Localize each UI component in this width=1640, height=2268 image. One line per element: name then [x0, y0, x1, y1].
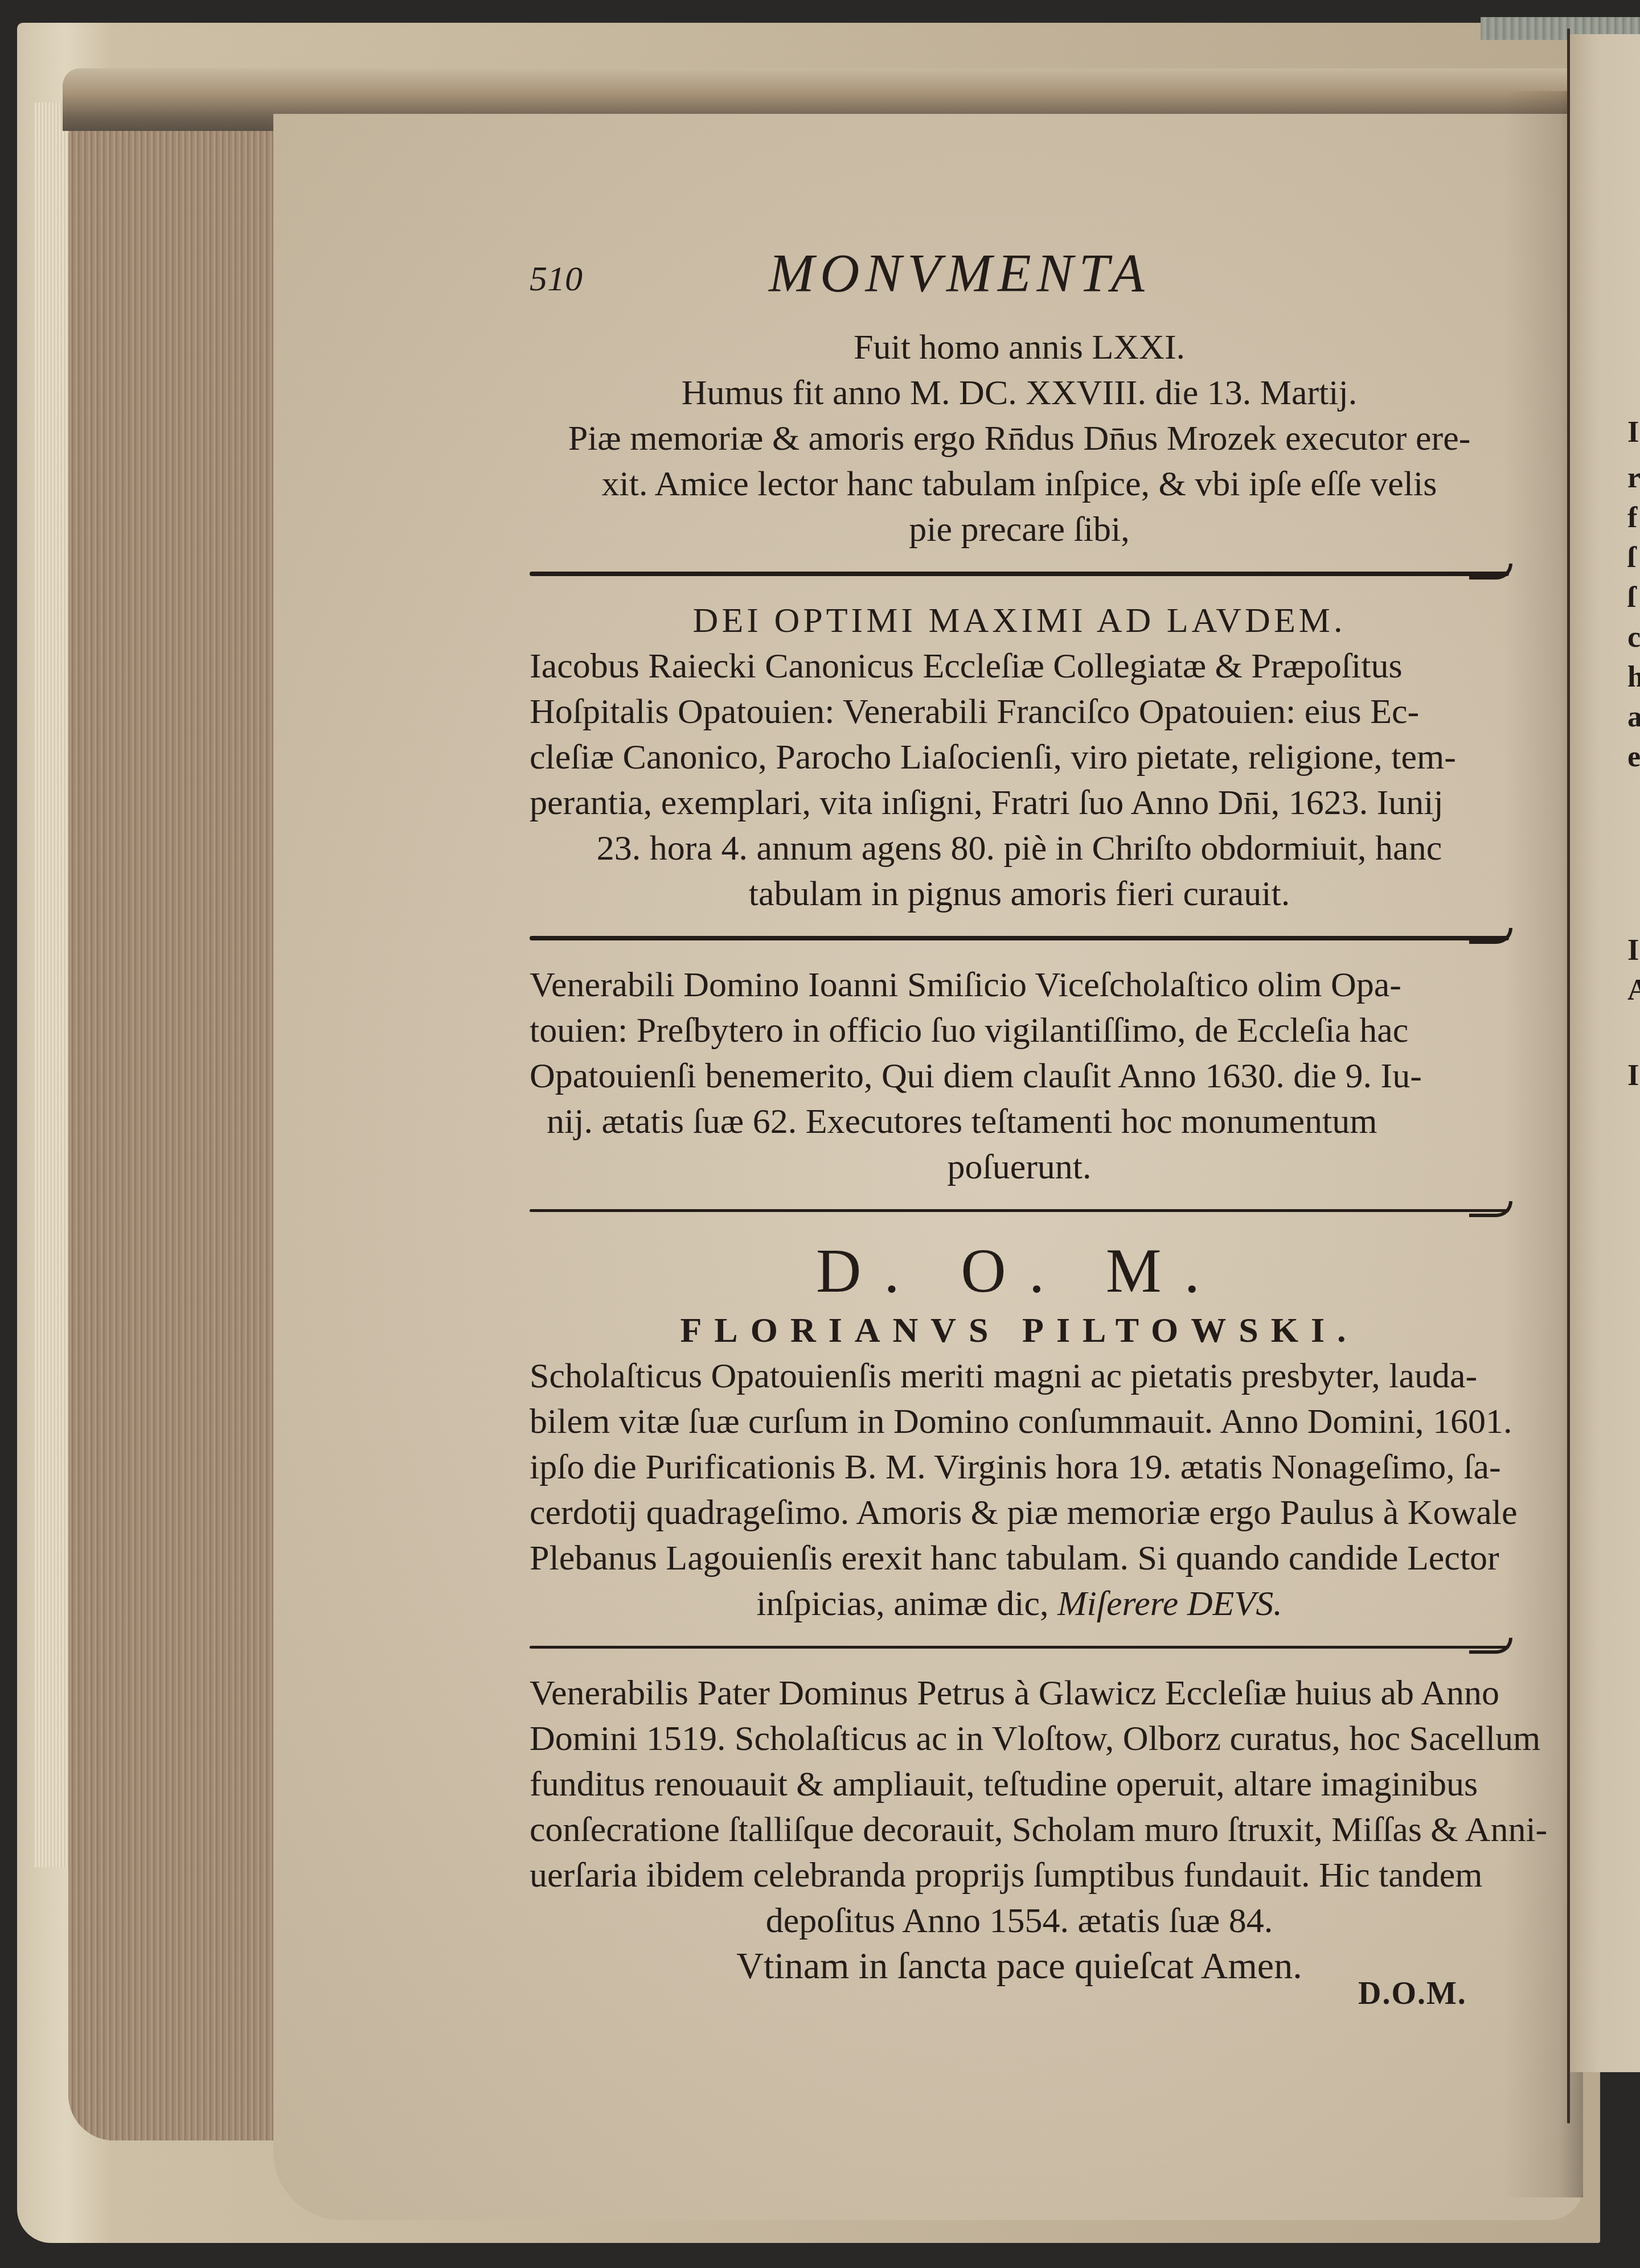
ornamental-rule — [530, 1646, 1509, 1649]
text-plain: inſpicias, animæ dic, — [756, 1584, 1057, 1623]
right-page-glyph: c — [1627, 621, 1640, 654]
text-line: cleſiæ Canonico, Parocho Liaſocienſi, vi… — [530, 734, 1509, 780]
right-page-glyph: h — [1627, 660, 1640, 694]
right-page-glyph: e — [1627, 740, 1640, 774]
right-page-glyph: A — [1627, 973, 1640, 1007]
text-line: funditus renouauit & ampliauit, teſtudin… — [530, 1761, 1509, 1807]
text-line: 23. hora 4. annum agens 80. piè in Chriſ… — [530, 825, 1509, 871]
running-head: MONVMENTA — [769, 250, 1150, 296]
epitaph-smisicio: Venerabili Domino Ioanni Smiſicio Viceſc… — [530, 962, 1509, 1190]
section-heading: FLORIANVS PILTOWSKI. — [530, 1308, 1509, 1353]
text-italic: Miſerere DEVS. — [1057, 1584, 1282, 1623]
right-page-glyph: I — [1627, 934, 1639, 967]
text-line: Humus fit anno M. DC. XXVIII. die 13. Ma… — [530, 370, 1509, 416]
text-line: touien: Preſbytero in officio ſuo vigila… — [530, 1008, 1509, 1053]
ornamental-rule — [530, 572, 1509, 576]
text-line: Plebanus Lagouienſis erexit hanc tabulam… — [530, 1535, 1509, 1581]
right-page-glyph: ſ — [1627, 581, 1635, 614]
text-line: bilem vitæ ſuæ curſum in Domino conſumma… — [530, 1399, 1509, 1444]
text-line: Venerabili Domino Ioanni Smiſicio Viceſc… — [530, 962, 1509, 1008]
catchword: D.O.M. — [1358, 1975, 1467, 2012]
page-block-fore-edge — [68, 102, 285, 2140]
text-line: tabulam in pignus amoris fieri curauit. — [530, 871, 1509, 917]
right-page-glyph: a — [1627, 700, 1640, 734]
gutter-line — [1567, 28, 1570, 2123]
ornamental-rule — [530, 1209, 1509, 1212]
right-page-glyph: f — [1627, 501, 1637, 535]
right-page-glyph: r — [1627, 461, 1640, 495]
text-line: Fuit homo annis LXXI. — [530, 324, 1509, 370]
text-line: Scholaſticus Opatouienſis meriti magni a… — [530, 1353, 1509, 1399]
text-line: uerſaria ibidem celebranda proprijs ſump… — [530, 1852, 1509, 1898]
text-line: conſecratione ſtalliſque decorauit, Scho… — [530, 1807, 1509, 1852]
epitaph-raiecki: DEI OPTIMI MAXIMI AD LAVDEM. Iacobus Rai… — [530, 598, 1509, 917]
text-line: Opatouienſi benemerito, Qui diem clauſit… — [530, 1053, 1509, 1099]
page-number: 510 — [530, 256, 583, 302]
text-line: pie precare ſibi, — [530, 507, 1509, 552]
epitaph-mrozek: Fuit homo annis LXXI. Humus fit anno M. … — [530, 324, 1509, 552]
dom-heading: D. O. M. — [530, 1234, 1509, 1308]
text-line: xit. Amice lector hanc tabulam inſpice, … — [530, 461, 1509, 507]
page-text: 510 MONVMENTA Fuit homo annis LXXI. Humu… — [530, 250, 1509, 1989]
right-page-glyph: ſ — [1627, 541, 1635, 574]
section-heading: DEI OPTIMI MAXIMI AD LAVDEM. — [530, 598, 1509, 643]
text-line: inſpicias, animæ dic, Miſerere DEVS. — [530, 1581, 1509, 1626]
text-line: poſuerunt. — [530, 1144, 1509, 1190]
text-line: perantia, exemplari, vita inſigni, Fratr… — [530, 780, 1509, 825]
right-page-edge — [1570, 34, 1640, 2072]
text-line: Domini 1519. Scholaſticus ac in Vloſtow,… — [530, 1716, 1509, 1761]
epitaph-piltowski: D. O. M. FLORIANVS PILTOWSKI. Scholaſtic… — [530, 1234, 1509, 1626]
text-line: Venerabilis Pater Dominus Petrus à Glawi… — [530, 1670, 1509, 1716]
text-line: nij. ætatis ſuæ 62. Executores teſtament… — [530, 1099, 1509, 1144]
text-line: cerdotij quadrageſimo. Amoris & piæ memo… — [530, 1490, 1509, 1535]
right-page-glyph: I — [1627, 416, 1639, 449]
right-page-glyph: I — [1627, 1059, 1639, 1092]
text-line: depoſitus Anno 1554. ætatis ſuæ 84. — [530, 1898, 1509, 1944]
text-line: Hoſpitalis Opatouien: Venerabili Franciſ… — [530, 689, 1509, 734]
text-line: Iacobus Raiecki Canonicus Eccleſiæ Colle… — [530, 643, 1509, 689]
text-line: Piæ memoriæ & amoris ergo Rn̄dus Dn̄us M… — [530, 416, 1509, 461]
ornamental-rule — [530, 936, 1509, 940]
text-line: ipſo die Purificationis B. M. Virginis h… — [530, 1444, 1509, 1490]
page-header: 510 MONVMENTA — [530, 250, 1509, 313]
epitaph-glawicz: Venerabilis Pater Dominus Petrus à Glawi… — [530, 1670, 1509, 1989]
